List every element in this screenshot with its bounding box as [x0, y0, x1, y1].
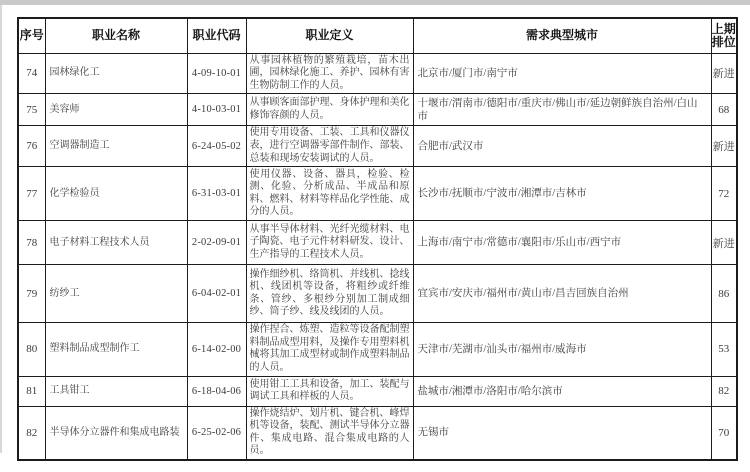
cell-previous-rank: 82 [711, 376, 737, 406]
cell-serial: 80 [18, 323, 45, 376]
cell-demand-cities: 盐城市/湘潭市/洛阳市/哈尔滨市 [413, 376, 711, 406]
cell-previous-rank: 新进 [711, 126, 737, 167]
cell-occupation-code: 2-02-09-01 [187, 221, 246, 265]
cell-occupation-code: 4-09-10-01 [187, 53, 246, 94]
page-top-gray-strip [0, 0, 750, 5]
cell-occupation-name: 工具钳工 [45, 376, 187, 406]
table-row: 77 化学检验员 6-31-03-01 使用仪器、设备、器具，检验、检测、化验、… [18, 167, 737, 221]
cell-serial: 78 [18, 221, 45, 265]
cell-occupation-name: 美容师 [45, 94, 187, 126]
table-row: 81 工具钳工 6-18-04-06 使用钳工工具和设备，加工、装配与调试工具和… [18, 376, 737, 406]
header-row: 序号 职业名称 职业代码 职业定义 需求典型城市 上期排位 [18, 18, 737, 53]
cell-previous-rank: 68 [711, 94, 737, 126]
column-header-occupation-code: 职业代码 [187, 18, 246, 53]
cell-serial: 74 [18, 53, 45, 94]
cell-demand-cities: 十堰市/渭南市/德阳市/重庆市/佛山市/延边朝鲜族自治州/白山市 [413, 94, 711, 126]
cell-occupation-name: 电子材料工程技术人员 [45, 221, 187, 265]
cell-occupation-code: 6-25-02-06 [187, 406, 246, 460]
cell-serial: 82 [18, 406, 45, 460]
column-header-previous-rank: 上期排位 [711, 18, 737, 53]
cell-occupation-code: 6-04-02-01 [187, 265, 246, 323]
cell-occupation-code: 6-18-04-06 [187, 376, 246, 406]
table-row: 75 美容师 4-10-03-01 从事顾客面部护理、身体护理和美化修饰容颜的人… [18, 94, 737, 126]
cell-occupation-definition: 操作细纱机、络筒机、并线机、捻线机、线团机等设备，将粗纱或纤维条、管纱、多根纱分… [246, 265, 413, 323]
cell-occupation-definition: 从事顾客面部护理、身体护理和美化修饰容颜的人员。 [246, 94, 413, 126]
cell-occupation-definition: 操作烧结炉、划片机、键合机、峰焊机等设备，装配、测试半导体分立器件、集成电路、混… [246, 406, 413, 460]
cell-demand-cities: 长沙市/抚顺市/宁波市/湘潭市/吉林市 [413, 167, 711, 221]
cell-occupation-code: 6-14-02-00 [187, 323, 246, 376]
cell-previous-rank: 86 [711, 265, 737, 323]
column-header-serial: 序号 [18, 18, 45, 53]
cell-serial: 79 [18, 265, 45, 323]
cell-occupation-code: 4-10-03-01 [187, 94, 246, 126]
table-row: 82 半导体分立器件和集成电路装 6-25-02-06 操作烧结炉、划片机、键合… [18, 406, 737, 460]
cell-previous-rank: 新进 [711, 53, 737, 94]
cell-previous-rank: 新进 [711, 221, 737, 265]
cell-demand-cities: 合肥市/武汉市 [413, 126, 711, 167]
cell-occupation-name: 空调器制造工 [45, 126, 187, 167]
cell-occupation-name: 化学检验员 [45, 167, 187, 221]
cell-serial: 76 [18, 126, 45, 167]
cell-occupation-name: 纺纱工 [45, 265, 187, 323]
cell-demand-cities: 上海市/南宁市/常德市/襄阳市/乐山市/西宁市 [413, 221, 711, 265]
cell-previous-rank: 72 [711, 167, 737, 221]
cell-occupation-code: 6-24-05-02 [187, 126, 246, 167]
table-row: 74 园林绿化工 4-09-10-01 从事园林植物的繁殖栽培，苗木出圃，园林绿… [18, 53, 737, 94]
cell-occupation-name: 塑料制品成型制作工 [45, 323, 187, 376]
cell-demand-cities: 北京市/厦门市/南宁市 [413, 53, 711, 94]
table-row: 78 电子材料工程技术人员 2-02-09-01 从事半导体材料、光纤光缆材料、… [18, 221, 737, 265]
cell-serial: 77 [18, 167, 45, 221]
table-row: 79 纺纱工 6-04-02-01 操作细纱机、络筒机、并线机、捻线机、线团机等… [18, 265, 737, 323]
table-row: 76 空调器制造工 6-24-05-02 使用专用设备、工装、工具和仪器仪表，进… [18, 126, 737, 167]
column-header-occupation-name: 职业名称 [45, 18, 187, 53]
column-header-occupation-definition: 职业定义 [246, 18, 413, 53]
occupation-ranking-table: 序号 职业名称 职业代码 职业定义 需求典型城市 上期排位 74 园林绿化工 4… [17, 17, 738, 461]
cell-previous-rank: 70 [711, 406, 737, 460]
cell-occupation-name: 半导体分立器件和集成电路装 [45, 406, 187, 460]
cell-occupation-definition: 操作捏合、炼塑、造粒等设备配制塑料制品成型用料，及操作专用塑料机械将其加工成型材… [246, 323, 413, 376]
cell-demand-cities: 无锡市 [413, 406, 711, 460]
cell-occupation-definition: 使用专用设备、工装、工具和仪器仪表，进行空调器零部件制作、部装、总装和现场安装调… [246, 126, 413, 167]
cell-demand-cities: 宜宾市/安庆市/福州市/黄山市/昌吉回族自治州 [413, 265, 711, 323]
cell-previous-rank: 53 [711, 323, 737, 376]
table-row: 80 塑料制品成型制作工 6-14-02-00 操作捏合、炼塑、造粒等设备配制塑… [18, 323, 737, 376]
cell-serial: 75 [18, 94, 45, 126]
cell-occupation-name: 园林绿化工 [45, 53, 187, 94]
column-header-demand-cities: 需求典型城市 [413, 18, 711, 53]
cell-occupation-definition: 从事半导体材料、光纤光缆材料、电子陶瓷、电子元件材料研发、设计、生产指导的工程技… [246, 221, 413, 265]
cell-serial: 81 [18, 376, 45, 406]
cell-occupation-definition: 从事园林植物的繁殖栽培，苗木出圃，园林绿化施工、养护、园林有害生物防制工作的人员… [246, 53, 413, 94]
cell-occupation-definition: 使用钳工工具和设备，加工、装配与调试工具和样板的人员。 [246, 376, 413, 406]
page-left-edge-strip [0, 5, 2, 453]
cell-occupation-code: 6-31-03-01 [187, 167, 246, 221]
cell-demand-cities: 天津市/芜湖市/汕头市/福州市/威海市 [413, 323, 711, 376]
cell-occupation-definition: 使用仪器、设备、器具，检验、检测、化验、分析成品、半成品和原料、燃料、材料等样品… [246, 167, 413, 221]
